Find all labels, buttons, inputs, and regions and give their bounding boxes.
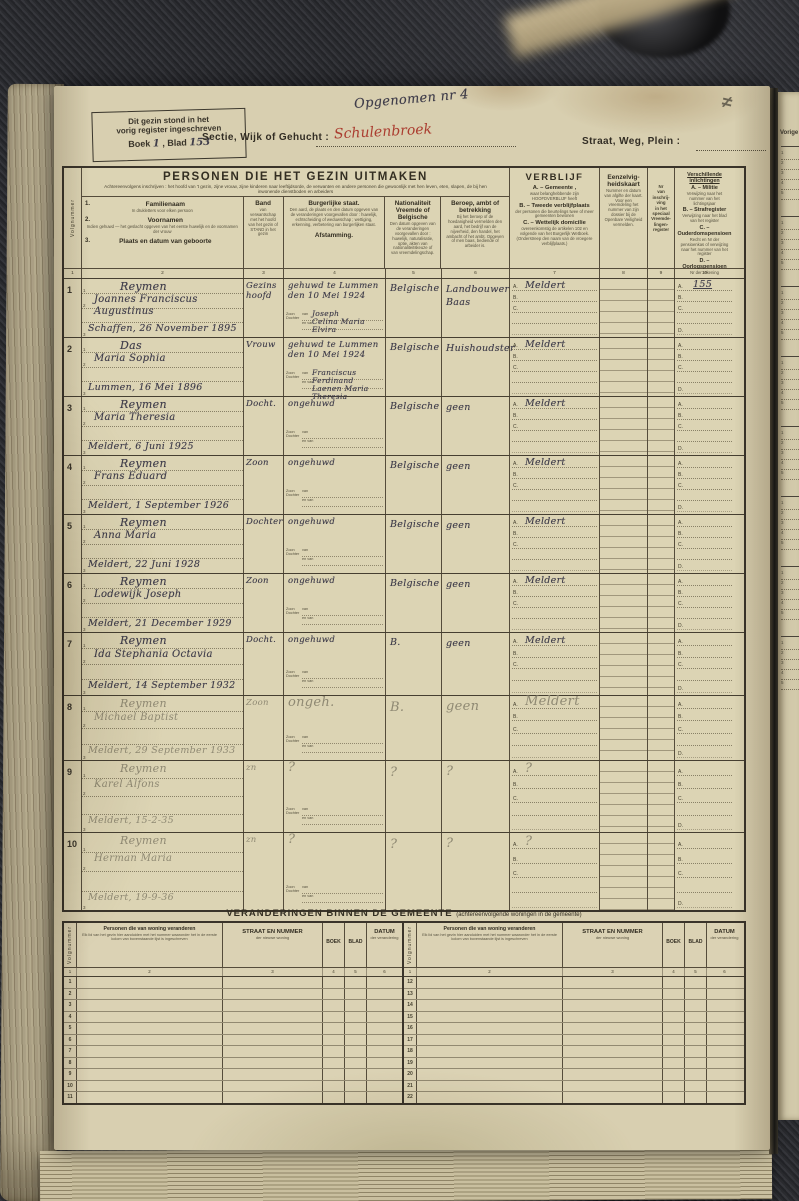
- row-number: 8: [67, 702, 72, 712]
- change-row-blank-cell: [323, 1092, 345, 1103]
- change-row-blank-cell: [323, 1000, 345, 1011]
- change-row: 4: [64, 1012, 402, 1024]
- verblijf-cell: A.Meldert B. C.: [510, 279, 600, 337]
- next-page-line: 4: [781, 600, 799, 610]
- next-page-line: 3: [781, 380, 799, 390]
- inlichtingen-cell: A. B. C. D.: [675, 833, 734, 910]
- pencil-scribble: ≠: [720, 91, 735, 114]
- change-row: 9: [64, 1069, 402, 1081]
- inlichtingen-cell: A. B. C. D.: [675, 456, 734, 514]
- persons-header-group: PERSONEN DIE HET GEZIN UITMAKEN Achteree…: [82, 168, 510, 268]
- next-page-line: 3: [781, 450, 799, 460]
- next-page-line: 4: [781, 530, 799, 540]
- red-ink-annotation: Opgenomen nr 4: [354, 87, 470, 112]
- inlichtingen-cell: A. B. C. D.: [675, 633, 734, 695]
- identity-card-cell: [600, 574, 648, 632]
- occupation-cell: Landbouwer Baas: [442, 279, 510, 337]
- change-row-number: 20: [404, 1069, 417, 1080]
- change-row-number: 15: [404, 1012, 417, 1023]
- table-title: PERSONEN DIE HET GEZIN UITMAKEN: [82, 171, 509, 183]
- given-names-handwritten: Maria Theresia: [94, 412, 176, 425]
- occupation-handwritten: Huishoudster: [446, 342, 515, 355]
- change-row-blank-cell: [707, 977, 742, 988]
- occupation-handwritten: ?: [446, 765, 453, 778]
- burgerlijke-staat-cell: ongeh. ZoonDochter van en van: [284, 696, 386, 760]
- next-page-line: 5: [781, 610, 799, 620]
- change-row-blank-cell: [685, 1012, 707, 1023]
- parentage-stub: ZoonDochter van en van: [286, 607, 383, 629]
- change-row-blank-cell: [685, 1092, 707, 1103]
- next-page-line-block: 12345: [781, 146, 799, 200]
- photo-of-register: { "header": { "red_note": "Opgenomen nr …: [0, 0, 799, 1201]
- marital-status-handwritten: ongehuwd: [288, 635, 335, 645]
- register-row: 10 1Reymen 2Herman Maria 3Meldert, 19-9-…: [64, 833, 744, 910]
- occupation-handwritten: geen: [446, 578, 471, 591]
- change-row-blank-cell: [707, 1081, 742, 1092]
- inlichtingen-cell: A. B. C. D.: [675, 761, 734, 832]
- change-row: 21: [404, 1081, 744, 1093]
- next-page-line: 2: [781, 300, 799, 310]
- change-row-blank-cell: [563, 1081, 663, 1092]
- nationality-handwritten: Belgische: [390, 578, 439, 589]
- foreigner-register-cell: [648, 456, 675, 514]
- row-number: 6: [67, 580, 72, 590]
- change-row-blank-cell: [663, 1035, 685, 1046]
- parentage-stub: ZoonDochter van en van: [286, 735, 383, 757]
- verblijf-cell: A.Meldert B. C.: [510, 338, 600, 396]
- occupation-handwritten: geen: [446, 700, 479, 713]
- next-page-line: 2: [781, 580, 799, 590]
- register-row: 7 1Reymen 2Ida Stephania Octavia 3Melder…: [64, 633, 744, 696]
- change-row-blank-cell: [417, 1081, 563, 1092]
- change-row-blank-cell: [345, 1012, 367, 1023]
- change-row-blank-cell: [77, 1012, 223, 1023]
- change-row-blank-cell: [685, 989, 707, 1000]
- register-row: 1 1Reymen 2Joannes Franciscus Augustinus…: [64, 279, 744, 338]
- change-row: 20: [404, 1069, 744, 1081]
- change-row-blank-cell: [417, 1012, 563, 1023]
- foreigner-register-cell: [648, 833, 675, 910]
- change-row-blank-cell: [345, 1000, 367, 1011]
- change-row-blank-cell: [77, 1023, 223, 1034]
- change-row-blank-cell: [223, 1092, 323, 1103]
- next-page-line: 3: [781, 170, 799, 180]
- burgerlijke-staat-cell: ongehuwd ZoonDochter van en van: [284, 397, 386, 455]
- inlichtingen-cell: A. B. C. D.: [675, 696, 734, 760]
- change-row-number: 9: [64, 1069, 77, 1080]
- col-nationaliteit-header: Nationaliteit Vreemde of Belgische Den d…: [385, 197, 441, 268]
- next-page-vorige-label: Vorige: [780, 130, 799, 136]
- table-subtitle: Achtereenvolgens inschrijven : het hoofd…: [82, 183, 509, 196]
- change-row-blank-cell: [345, 1023, 367, 1034]
- birth-place-date-handwritten: Meldert, 15-2-35: [88, 815, 174, 826]
- birth-place-date-handwritten: Meldert, 1 September 1926: [88, 500, 229, 511]
- change-row-blank-cell: [77, 1046, 223, 1057]
- marital-status-handwritten: ongehuwd: [288, 458, 335, 468]
- row-number-cell: 1: [64, 279, 82, 337]
- change-row-blank-cell: [77, 1069, 223, 1080]
- residence-a-handwritten: Meldert: [525, 694, 580, 709]
- change-row-blank-cell: [707, 1058, 742, 1069]
- name-cell: 1Reymen 2Joannes Franciscus Augustinus 3…: [82, 279, 244, 337]
- change-row-blank-cell: [323, 1046, 345, 1057]
- change-row-number: 4: [64, 1012, 77, 1023]
- foreigner-register-cell: [648, 279, 675, 337]
- change-row-blank-cell: [417, 1058, 563, 1069]
- change-row-blank-cell: [563, 977, 663, 988]
- band-cell: Docht.: [244, 397, 284, 455]
- boek-value: 1: [153, 138, 160, 149]
- change-row: 10: [64, 1081, 402, 1093]
- change-row-number: 3: [64, 1000, 77, 1011]
- verblijf-cell: A.Meldert B. C.: [510, 633, 600, 695]
- marital-status-handwritten: ongehuwd: [288, 576, 335, 586]
- change-row-blank-cell: [707, 989, 742, 1000]
- register-row: 3 1Reymen 2Maria Theresia 3Meldert, 6 Ju…: [64, 397, 744, 456]
- foreigner-register-cell: [648, 696, 675, 760]
- next-page-line: 1: [781, 500, 799, 510]
- change-row-blank-cell: [663, 1046, 685, 1057]
- marital-status-handwritten: gehuwd te Lummen den 10 Mei 1924: [288, 340, 379, 360]
- change-row-blank-cell: [663, 1069, 685, 1080]
- relationship-handwritten: zn: [246, 836, 257, 846]
- register-row: 9 1Reymen 2Karel Alfons 3Meldert, 15-2-3…: [64, 761, 744, 833]
- relationship-handwritten: Docht.: [246, 636, 276, 646]
- identity-card-cell: [600, 633, 648, 695]
- identity-card-cell: [600, 515, 648, 573]
- change-row-blank-cell: [77, 989, 223, 1000]
- change-row-blank-cell: [663, 1000, 685, 1011]
- next-page-line: 1: [781, 360, 799, 370]
- next-page-line: 4: [781, 460, 799, 470]
- changes-right-half: Volgnummer Personen die van woning veran…: [404, 923, 744, 1103]
- row-number-cell: 8: [64, 696, 82, 760]
- change-row-number: 18: [404, 1046, 417, 1057]
- change-row-blank-cell: [707, 1023, 742, 1034]
- change-row-blank-cell: [223, 1081, 323, 1092]
- change-row: 3: [64, 1000, 402, 1012]
- nationality-handwritten: B.: [390, 637, 401, 648]
- surname-handwritten: Reymen: [120, 457, 167, 470]
- change-row-blank-cell: [685, 1046, 707, 1057]
- changes-left-half: Volgnummer Personen die van woning veran…: [64, 923, 404, 1103]
- change-row-blank-cell: [323, 1012, 345, 1023]
- column-number-row: 1 2 3 4 5 6 7 8 9 10: [64, 269, 744, 279]
- residence-a-handwritten: Meldert: [525, 575, 566, 586]
- change-row-blank-cell: [417, 1069, 563, 1080]
- name-cell: 1Reymen 2Herman Maria 3Meldert, 19-9-36: [82, 833, 244, 910]
- next-page-line: 4: [781, 180, 799, 190]
- next-page-line: 2: [781, 370, 799, 380]
- burgerlijke-staat-cell: ongehuwd ZoonDochter van en van: [284, 456, 386, 514]
- next-page-line: 4: [781, 320, 799, 330]
- occupation-cell: geen: [442, 397, 510, 455]
- next-page-line-block: 12345: [781, 566, 799, 620]
- change-row-blank-cell: [417, 1023, 563, 1034]
- change-row: 11: [64, 1092, 402, 1103]
- occupation-handwritten: Landbouwer Baas: [446, 283, 509, 309]
- given-names-handwritten: Michael Baptist: [94, 712, 178, 725]
- identity-card-cell: [600, 696, 648, 760]
- surname-handwritten: Reymen: [120, 762, 167, 775]
- change-row-blank-cell: [367, 1035, 402, 1046]
- occupation-cell: geen: [442, 633, 510, 695]
- identity-card-cell: [600, 338, 648, 396]
- next-page-line: 2: [781, 160, 799, 170]
- next-page-line: 3: [781, 660, 799, 670]
- occupation-handwritten: ?: [446, 837, 453, 850]
- next-page-line: 1: [781, 430, 799, 440]
- burgerlijke-staat-cell: ongehuwd ZoonDochter van en van: [284, 633, 386, 695]
- col-inlichtingen-header: Verschillende inlichtingen A. – MilitieV…: [675, 168, 734, 268]
- change-row-number: 21: [404, 1081, 417, 1092]
- change-row-blank-cell: [663, 1012, 685, 1023]
- row-number-cell: 3: [64, 397, 82, 455]
- change-row-blank-cell: [345, 1035, 367, 1046]
- band-cell: zn: [244, 761, 284, 832]
- inlichtingen-cell: A.155 B. C. D.: [675, 279, 734, 337]
- row-number: 10: [67, 839, 77, 849]
- next-page-line-block: 12345: [781, 496, 799, 550]
- foreigner-register-cell: [648, 338, 675, 396]
- change-row-blank-cell: [417, 977, 563, 988]
- change-row: 1: [64, 977, 402, 989]
- next-page-line: 5: [781, 260, 799, 270]
- change-row: 14: [404, 1000, 744, 1012]
- next-page-line: 3: [781, 590, 799, 600]
- change-row-number: 5: [64, 1023, 77, 1034]
- change-row-blank-cell: [345, 1069, 367, 1080]
- register-page: Opgenomen nr 4 ≠ Dit gezin stond in het …: [54, 86, 770, 1150]
- table-header: Volgnummer PERSONEN DIE HET GEZIN UITMAK…: [64, 168, 744, 269]
- next-page-line: 1: [781, 290, 799, 300]
- name-cell: 1Reymen 2Maria Theresia 3Meldert, 6 Juni…: [82, 397, 244, 455]
- burgerlijke-staat-cell: ? ZoonDochter van en van: [284, 833, 386, 910]
- nationality-handwritten: Belgische: [390, 342, 439, 353]
- change-row-number: 6: [64, 1035, 77, 1046]
- relationship-handwritten: Dochter: [246, 518, 283, 528]
- change-row-blank-cell: [663, 989, 685, 1000]
- change-row-blank-cell: [367, 1012, 402, 1023]
- blad-label: , Blad: [162, 138, 187, 149]
- surname-handwritten: Reymen: [120, 697, 167, 710]
- identity-card-cell: [600, 833, 648, 910]
- change-row-number: 1: [64, 977, 77, 988]
- name-cell: 1Reymen 2Lodewijk Joseph 3Meldert, 21 De…: [82, 574, 244, 632]
- change-row-blank-cell: [707, 1035, 742, 1046]
- row-number-cell: 7: [64, 633, 82, 695]
- residence-a-handwritten: Meldert: [525, 280, 566, 291]
- change-row-blank-cell: [345, 1058, 367, 1069]
- surname-handwritten: Reymen: [120, 398, 167, 411]
- nationality-handwritten: Belgische: [390, 519, 439, 530]
- marital-status-handwritten: gehuwd te Lummen den 10 Mei 1924: [288, 281, 379, 301]
- row-number: 1: [67, 285, 72, 295]
- verblijf-cell: A.Meldert B. C.: [510, 574, 600, 632]
- band-cell: Docht.: [244, 633, 284, 695]
- change-row-blank-cell: [417, 1046, 563, 1057]
- birth-place-date-handwritten: Meldert, 19-9-36: [88, 892, 174, 903]
- change-row-blank-cell: [345, 1046, 367, 1057]
- occupation-handwritten: geen: [446, 460, 471, 473]
- change-row-blank-cell: [223, 1035, 323, 1046]
- nationality-handwritten: ?: [390, 765, 397, 780]
- next-page-line: 5: [781, 540, 799, 550]
- change-row-blank-cell: [367, 1023, 402, 1034]
- surname-handwritten: Reymen: [120, 575, 167, 588]
- change-row-blank-cell: [367, 1069, 402, 1080]
- row-number: 4: [67, 462, 72, 472]
- row-number-cell: 5: [64, 515, 82, 573]
- marital-status-handwritten: ongehuwd: [288, 517, 335, 527]
- change-row-number: 10: [64, 1081, 77, 1092]
- next-page-line: 3: [781, 520, 799, 530]
- nationality-cell: ?: [386, 833, 442, 910]
- change-row-number: 22: [404, 1092, 417, 1103]
- inlichtingen-cell: A. B. C. D.: [675, 397, 734, 455]
- change-row-blank-cell: [685, 1058, 707, 1069]
- name-cell: 1Reymen 2Anna Maria 3Meldert, 22 Juni 19…: [82, 515, 244, 573]
- change-row-blank-cell: [563, 1012, 663, 1023]
- militie-number-handwritten: 155: [693, 279, 712, 290]
- change-row-blank-cell: [685, 1000, 707, 1011]
- change-row-blank-cell: [367, 1000, 402, 1011]
- change-row-number: 7: [64, 1046, 77, 1057]
- change-row-blank-cell: [685, 1069, 707, 1080]
- change-row-blank-cell: [663, 1092, 685, 1103]
- change-row-blank-cell: [663, 1081, 685, 1092]
- change-row-blank-cell: [685, 1035, 707, 1046]
- next-page-line-block: 12345: [781, 216, 799, 270]
- verblijf-cell: A.Meldert B. C.: [510, 696, 600, 760]
- change-row: 13: [404, 989, 744, 1001]
- change-row-blank-cell: [417, 1035, 563, 1046]
- register-rows: 1 1Reymen 2Joannes Franciscus Augustinus…: [64, 279, 744, 910]
- col-verblijf-header: VERBLIJF A. – Gemeente ,waar belanghebbe…: [510, 168, 600, 268]
- next-page-line: 4: [781, 250, 799, 260]
- residence-a-handwritten: ?: [525, 761, 532, 776]
- nationality-handwritten: B.: [390, 700, 404, 715]
- parentage-stub: ZoonDochter van en van Joseph Celina Mar…: [286, 312, 383, 334]
- change-row: 8: [64, 1058, 402, 1070]
- change-row-blank-cell: [367, 1058, 402, 1069]
- register-row: 5 1Reymen 2Anna Maria 3Meldert, 22 Juni …: [64, 515, 744, 574]
- col-band-header: Band van verwantschap met het hoofd van …: [244, 197, 284, 268]
- band-cell: Zoon: [244, 574, 284, 632]
- relationship-handwritten: Vrouw: [246, 341, 276, 351]
- identity-card-cell: [600, 456, 648, 514]
- change-row-blank-cell: [685, 977, 707, 988]
- change-row-blank-cell: [223, 1069, 323, 1080]
- residence-a-handwritten: Meldert: [525, 339, 566, 350]
- parentage-stub: ZoonDochter van en van: [286, 430, 383, 452]
- change-row: 16: [404, 1023, 744, 1035]
- parentage-stub: ZoonDochter van en van: [286, 885, 383, 907]
- change-row: 5: [64, 1023, 402, 1035]
- col-names-header: 1.Familienaam In drukletters voor elken …: [82, 197, 244, 268]
- change-row-blank-cell: [345, 989, 367, 1000]
- marital-status-handwritten: ?: [288, 835, 295, 845]
- relationship-handwritten: Gezins hoofd: [246, 282, 277, 301]
- band-cell: Gezins hoofd: [244, 279, 284, 337]
- change-row-number: 14: [404, 1000, 417, 1011]
- next-page-line-block: 12345: [781, 636, 799, 690]
- change-row-number: 12: [404, 977, 417, 988]
- change-row-blank-cell: [707, 1046, 742, 1057]
- birth-place-date-handwritten: Meldert, 6 Juni 1925: [88, 441, 194, 452]
- birth-place-date-handwritten: Schaffen, 26 November 1895: [88, 323, 237, 334]
- change-row-blank-cell: [345, 1081, 367, 1092]
- change-row-blank-cell: [223, 1012, 323, 1023]
- change-row-blank-cell: [563, 989, 663, 1000]
- next-page-line: 1: [781, 640, 799, 650]
- change-row-number: 16: [404, 1023, 417, 1034]
- inlichtingen-cell: A. B. C. D.: [675, 574, 734, 632]
- change-row-blank-cell: [563, 1000, 663, 1011]
- name-cell: 1Reymen 2Karel Alfons 3Meldert, 15-2-35: [82, 761, 244, 832]
- occupation-cell: geen: [442, 574, 510, 632]
- change-row-blank-cell: [367, 1081, 402, 1092]
- change-row-number: 11: [64, 1092, 77, 1103]
- change-row-number: 8: [64, 1058, 77, 1069]
- change-row-blank-cell: [323, 989, 345, 1000]
- next-page-line: 1: [781, 220, 799, 230]
- surname-handwritten: Reymen: [120, 280, 167, 293]
- change-row: 18: [404, 1046, 744, 1058]
- nationality-handwritten: ?: [390, 837, 397, 852]
- burgerlijke-staat-cell: gehuwd te Lummen den 10 Mei 1924 ZoonDoc…: [284, 279, 386, 337]
- next-page-line: 5: [781, 400, 799, 410]
- occupation-cell: geen: [442, 456, 510, 514]
- given-names-handwritten: Ida Stephania Octavia: [94, 649, 213, 662]
- burgerlijke-staat-cell: ongehuwd ZoonDochter van en van: [284, 574, 386, 632]
- next-page-line: 2: [781, 650, 799, 660]
- change-row-blank-cell: [323, 1023, 345, 1034]
- occupation-cell: ?: [442, 761, 510, 832]
- register-row: 8 1Reymen 2Michael Baptist 3Meldert, 29 …: [64, 696, 744, 761]
- change-row-blank-cell: [77, 1000, 223, 1011]
- nationality-cell: Belgische: [386, 279, 442, 337]
- next-page-line: 5: [781, 330, 799, 340]
- change-row-blank-cell: [707, 1092, 742, 1103]
- next-page-lines: 1234512345123451234512345123451234512345: [778, 146, 799, 690]
- row-number-cell: 10: [64, 833, 82, 910]
- row-number: 9: [67, 767, 72, 777]
- change-row-blank-cell: [323, 1058, 345, 1069]
- identity-card-cell: [600, 397, 648, 455]
- change-row-blank-cell: [367, 977, 402, 988]
- given-names-handwritten: Herman Maria: [94, 853, 172, 866]
- residence-a-handwritten: Meldert: [525, 635, 566, 646]
- change-row-number: 17: [404, 1035, 417, 1046]
- inlichtingen-cell: A. B. C. D.: [675, 338, 734, 396]
- change-row-blank-cell: [417, 989, 563, 1000]
- change-row: 15: [404, 1012, 744, 1024]
- nationality-cell: Belgische: [386, 456, 442, 514]
- verblijf-cell: A.Meldert B. C.: [510, 515, 600, 573]
- burgerlijke-staat-cell: ? ZoonDochter van en van: [284, 761, 386, 832]
- next-page-line-block: 12345: [781, 286, 799, 340]
- parents-handwritten: Joseph Celina Maria Elvira: [312, 310, 365, 334]
- next-page-line-block: 12345: [781, 426, 799, 480]
- relationship-handwritten: Zoon: [246, 459, 269, 469]
- change-row-blank-cell: [223, 1058, 323, 1069]
- next-page-line: 5: [781, 680, 799, 690]
- occupation-cell: geen: [442, 515, 510, 573]
- nationality-cell: ?: [386, 761, 442, 832]
- given-names-handwritten: Frans Eduard: [94, 471, 167, 484]
- verblijf-cell: A.Meldert B. C.: [510, 397, 600, 455]
